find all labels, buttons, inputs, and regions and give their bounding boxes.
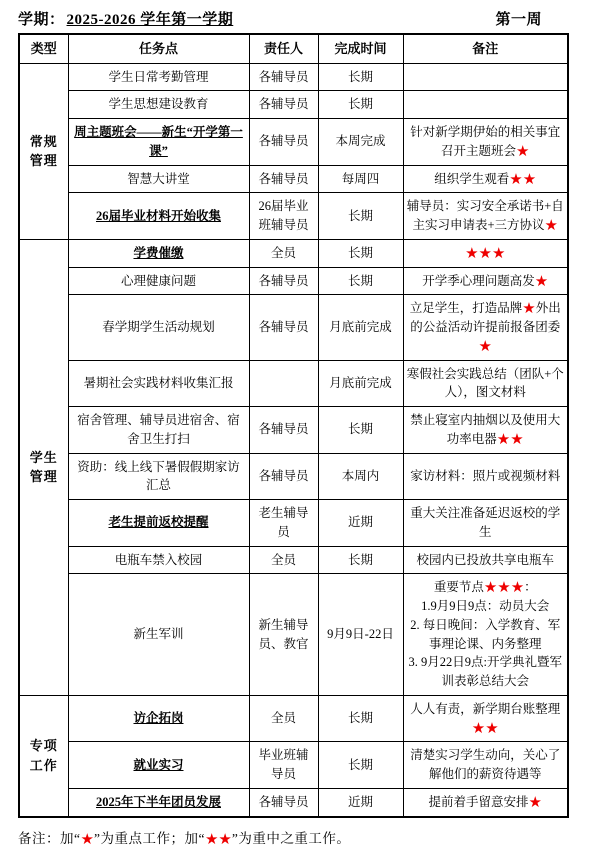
deadline-cell: 长期: [318, 63, 403, 91]
owner-cell: 各辅导员: [249, 267, 318, 295]
priority-star: ★: [516, 144, 529, 160]
task-cell: 智慧大讲堂: [68, 165, 249, 193]
deadline-cell: 长期: [318, 695, 403, 742]
remark-cell: 重大关注准备延迟返校的学生: [403, 500, 568, 547]
table-row: 宿舍管理、辅导员进宿舍、宿舍卫生打扫各辅导员长期禁止寝室内抽烟以及使用大功率电器…: [19, 407, 568, 454]
owner-cell: 毕业班辅导员: [249, 742, 318, 789]
table-row: 资助：线上线下暑假假期家访汇总各辅导员本周内家访材料：照片或视频材料: [19, 453, 568, 500]
remark-cell: 家访材料：照片或视频材料: [403, 453, 568, 500]
task-cell: 心理健康问题: [68, 267, 249, 295]
deadline-cell: 长期: [318, 267, 403, 295]
table-row: 专项工作访企拓岗全员长期人人有责，新学期台账整理★★: [19, 695, 568, 742]
owner-cell: 全员: [249, 695, 318, 742]
table-row: 26届毕业材料开始收集26届毕业班辅导员长期辅导员：实习安全承诺书+自主实习申请…: [19, 193, 568, 240]
section-type-cell: 常规管理: [19, 63, 68, 239]
table-row: 老生提前返校提醒老生辅导员近期重大关注准备延迟返校的学生: [19, 500, 568, 547]
task-cell: 26届毕业材料开始收集: [68, 193, 249, 240]
column-header-owner: 责任人: [249, 34, 318, 63]
priority-star: ★★: [509, 172, 536, 188]
header-row: 类型 任务点 责任人 完成时间 备注: [19, 34, 568, 63]
owner-cell: 各辅导员: [249, 407, 318, 454]
deadline-cell: 9月9日-22日: [318, 574, 403, 696]
deadline-cell: 月底前完成: [318, 295, 403, 360]
table-row: 春学期学生活动规划各辅导员月底前完成立足学生，打造品牌★外出的公益活动许提前报备…: [19, 295, 568, 360]
deadline-cell: 长期: [318, 546, 403, 574]
remark-cell: 校园内已投放共享电瓶车: [403, 546, 568, 574]
table-row: 就业实习毕业班辅导员长期清楚实习学生动向，关心了解他们的薪资待遇等: [19, 742, 568, 789]
deadline-cell: 长期: [318, 742, 403, 789]
deadline-cell: 每周四: [318, 165, 403, 193]
task-cell: 暑期社会实践材料收集汇报: [68, 360, 249, 407]
semester-label: 学期：: [18, 8, 65, 29]
task-cell: 新生军训: [68, 574, 249, 696]
task-cell: 学费催缴: [68, 239, 249, 267]
priority-star: ★★: [472, 721, 499, 737]
owner-cell: 各辅导员: [249, 63, 318, 91]
deadline-cell: 近期: [318, 788, 403, 816]
section-type-cell: 专项工作: [19, 695, 68, 816]
remark-cell: 立足学生，打造品牌★外出的公益活动许提前报备团委★: [403, 295, 568, 360]
priority-star: ★: [81, 832, 94, 848]
table-row: 学生管理学费催缴全员长期★★★: [19, 239, 568, 267]
remark-cell: [403, 63, 568, 91]
week-label: 第一周: [495, 8, 542, 29]
remark-cell: 重要节点★★★：1.9月9日9点：动员大会2. 每日晚间：入学教育、军事理论课、…: [403, 574, 568, 696]
table-row: 学生思想建设教育各辅导员长期: [19, 91, 568, 119]
task-cell: 资助：线上线下暑假假期家访汇总: [68, 453, 249, 500]
owner-cell: [249, 360, 318, 407]
task-cell: 电瓶车禁入校园: [68, 546, 249, 574]
column-header-task: 任务点: [68, 34, 249, 63]
priority-star: ★★: [497, 432, 524, 448]
priority-star: ★: [479, 339, 492, 355]
table-row: 新生军训新生辅导员、教官9月9日-22日重要节点★★★：1.9月9日9点：动员大…: [19, 574, 568, 696]
task-cell: 2025年下半年团员发展: [68, 788, 249, 816]
task-table-body: 常规管理学生日常考勤管理各辅导员长期学生思想建设教育各辅导员长期周主题班会——新…: [19, 63, 568, 817]
priority-star: ★: [535, 274, 548, 290]
task-cell: 春学期学生活动规划: [68, 295, 249, 360]
owner-cell: 全员: [249, 546, 318, 574]
title-bar: 学期： 2025-2026 学年第一学期 第一周: [0, 6, 590, 33]
semester-value: 2025-2026 学年第一学期: [67, 8, 248, 29]
owner-cell: 各辅导员: [249, 91, 318, 119]
table-header: 类型 任务点 责任人 完成时间 备注: [19, 34, 568, 63]
table-row: 常规管理学生日常考勤管理各辅导员长期: [19, 63, 568, 91]
table-row: 2025年下半年团员发展各辅导员近期提前着手留意安排★: [19, 788, 568, 816]
remark-cell: 辅导员：实习安全承诺书+自主实习申请表+三方协议★: [403, 193, 568, 240]
table-row: 电瓶车禁入校园全员长期校园内已投放共享电瓶车: [19, 546, 568, 574]
remark-cell: 清楚实习学生动向，关心了解他们的薪资待遇等: [403, 742, 568, 789]
deadline-cell: 近期: [318, 500, 403, 547]
deadline-cell: 长期: [318, 91, 403, 119]
remark-cell: 禁止寝室内抽烟以及使用大功率电器★★: [403, 407, 568, 454]
deadline-cell: 本周完成: [318, 119, 403, 166]
owner-cell: 各辅导员: [249, 453, 318, 500]
owner-cell: 各辅导员: [249, 788, 318, 816]
document-page: 学期： 2025-2026 学年第一学期 第一周 类型 任务点 责任人 完成时间…: [0, 0, 590, 807]
remark-cell: 提前着手留意安排★: [403, 788, 568, 816]
owner-cell: 各辅导员: [249, 165, 318, 193]
owner-cell: 全员: [249, 239, 318, 267]
task-cell: 宿舍管理、辅导员进宿舍、宿舍卫生打扫: [68, 407, 249, 454]
remark-cell: 组织学生观看★★: [403, 165, 568, 193]
footnote: 备注：加“★”为重点工作；加“★★”为重中之重工作。: [0, 818, 590, 848]
owner-cell: 各辅导员: [249, 119, 318, 166]
task-cell: 老生提前返校提醒: [68, 500, 249, 547]
deadline-cell: 月底前完成: [318, 360, 403, 407]
table-row: 智慧大讲堂各辅导员每周四组织学生观看★★: [19, 165, 568, 193]
table-row: 周主题班会——新生“开学第一课”各辅导员本周完成针对新学期伊始的相关事宜召开主题…: [19, 119, 568, 166]
remark-cell: 寒假社会实践总结（团队+个人），图文材料: [403, 360, 568, 407]
owner-cell: 各辅导员: [249, 295, 318, 360]
section-type-cell: 学生管理: [19, 239, 68, 695]
task-table: 类型 任务点 责任人 完成时间 备注 常规管理学生日常考勤管理各辅导员长期学生思…: [18, 33, 569, 818]
task-cell: 就业实习: [68, 742, 249, 789]
table-row: 心理健康问题各辅导员长期开学季心理问题高发★: [19, 267, 568, 295]
owner-cell: 26届毕业班辅导员: [249, 193, 318, 240]
deadline-cell: 长期: [318, 239, 403, 267]
remark-cell: [403, 91, 568, 119]
priority-star: ★★★: [465, 246, 505, 262]
remark-cell: ★★★: [403, 239, 568, 267]
task-cell: 访企拓岗: [68, 695, 249, 742]
priority-star: ★★★: [484, 580, 524, 596]
priority-star: ★★: [205, 832, 232, 848]
deadline-cell: 长期: [318, 407, 403, 454]
owner-cell: 老生辅导员: [249, 500, 318, 547]
task-cell: 周主题班会——新生“开学第一课”: [68, 119, 249, 166]
owner-cell: 新生辅导员、教官: [249, 574, 318, 696]
priority-star: ★: [545, 218, 558, 234]
task-cell: 学生思想建设教育: [68, 91, 249, 119]
task-cell: 学生日常考勤管理: [68, 63, 249, 91]
priority-star: ★: [529, 795, 542, 811]
table-row: 暑期社会实践材料收集汇报月底前完成寒假社会实践总结（团队+个人），图文材料: [19, 360, 568, 407]
priority-star: ★: [522, 301, 535, 317]
deadline-cell: 本周内: [318, 453, 403, 500]
column-header-deadline: 完成时间: [318, 34, 403, 63]
deadline-cell: 长期: [318, 193, 403, 240]
remark-cell: 人人有责，新学期台账整理★★: [403, 695, 568, 742]
remark-cell: 针对新学期伊始的相关事宜召开主题班会★: [403, 119, 568, 166]
remark-cell: 开学季心理问题高发★: [403, 267, 568, 295]
column-header-type: 类型: [19, 34, 68, 63]
column-header-remark: 备注: [403, 34, 568, 63]
